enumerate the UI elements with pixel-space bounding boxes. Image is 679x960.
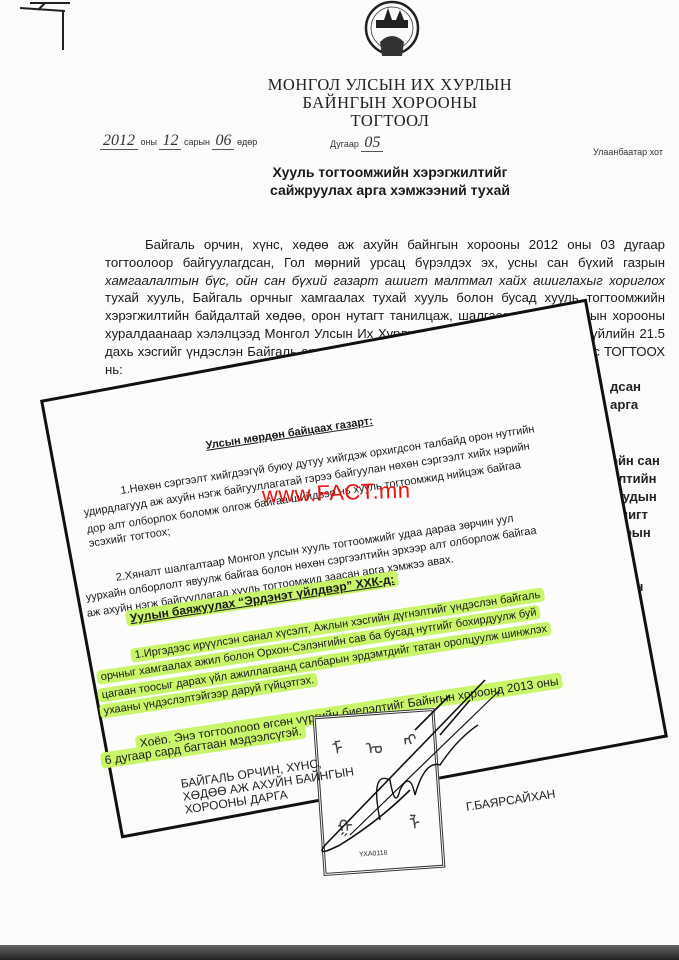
date-month-suffix: сарын [184, 137, 210, 147]
number-label: Дугаар [330, 139, 359, 149]
resolution-number: Дугаар 05 [330, 134, 383, 152]
issuing-body: МОНГОЛ УЛСЫН ИХ ХУРЛЫН БАЙНГЫН ХОРООНЫ Т… [210, 76, 570, 130]
resolution-date: 2012 оны 12 сарын 06 өдөр [100, 132, 257, 150]
scan-edge-shadow [0, 945, 679, 960]
watermark-text: www.FACT.mn [262, 477, 411, 508]
corner-scribble-mark [10, 0, 70, 55]
city-label: Улаанбаатар хот [593, 147, 663, 157]
org-line-2: БАЙНГЫН ХОРООНЫ [210, 94, 570, 112]
title-line-2: сайжруулах арга хэмжээний тухай [180, 181, 600, 199]
date-year: 2012 [100, 132, 138, 150]
state-emblem-icon [362, 0, 422, 62]
date-day: 06 [212, 132, 234, 150]
date-year-suffix: оны [141, 137, 157, 147]
org-line-1: МОНГОЛ УЛСЫН ИХ ХУРЛЫН [210, 76, 570, 94]
date-month: 12 [159, 132, 181, 150]
date-day-suffix: өдөр [237, 137, 257, 147]
document-page: МОНГОЛ УЛСЫН ИХ ХУРЛЫН БАЙНГЫН ХОРООНЫ Т… [0, 0, 679, 945]
handwritten-signature [300, 670, 520, 870]
org-line-3: ТОГТООЛ [210, 112, 570, 130]
document-title: Хууль тогтоомжийн хэрэгжилтийг сайжруула… [180, 163, 600, 199]
number-value: 05 [361, 134, 383, 152]
title-line-1: Хууль тогтоомжийн хэрэгжилтийг [180, 163, 600, 181]
